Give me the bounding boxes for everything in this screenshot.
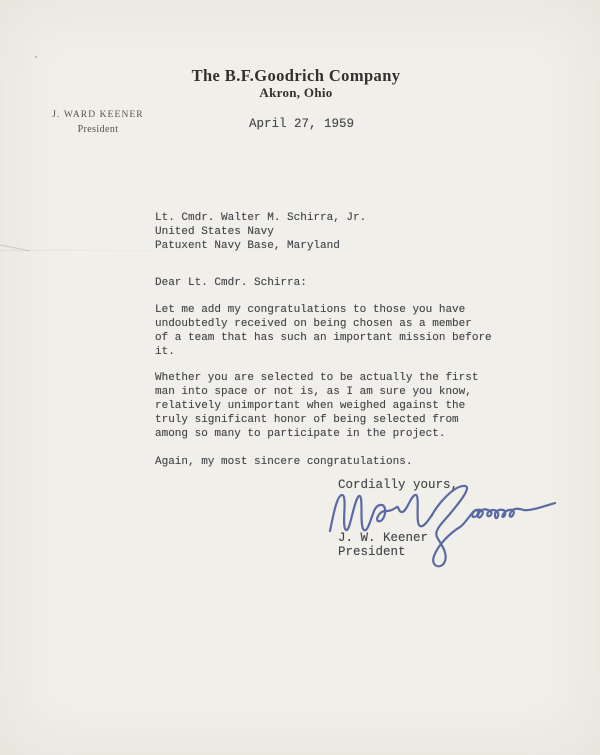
- letterhead-officer-title: President: [38, 124, 158, 135]
- body-paragraph-2: Whether you are selected to be actually …: [155, 371, 478, 441]
- letterhead-company-name: The B.F.Goodrich Company: [0, 66, 592, 86]
- signature-stroke-ward: [330, 495, 432, 531]
- body-paragraph-1: Let me add my congratulations to those y…: [155, 303, 492, 359]
- typed-signature-block: J. W. Keener President: [338, 531, 428, 559]
- letterhead-officer-block: J. WARD KEENER President: [38, 110, 158, 135]
- salutation: Dear Lt. Cmdr. Schirra:: [155, 276, 307, 290]
- date-line: April 27, 1959: [249, 117, 354, 131]
- letterhead-city: Akron, Ohio: [0, 85, 592, 101]
- recipient-address: Lt. Cmdr. Walter M. Schirra, Jr. United …: [155, 211, 366, 253]
- letterhead-officer-name: J. WARD KEENER: [38, 110, 158, 120]
- paper-fold-line: [0, 250, 600, 251]
- body-paragraph-3: Again, my most sincere congratulations.: [155, 455, 412, 469]
- paper-speck: [35, 56, 37, 58]
- scanned-letter-page: The B.F.Goodrich Company Akron, Ohio J. …: [0, 0, 600, 755]
- signature-stroke-keener: [432, 486, 555, 566]
